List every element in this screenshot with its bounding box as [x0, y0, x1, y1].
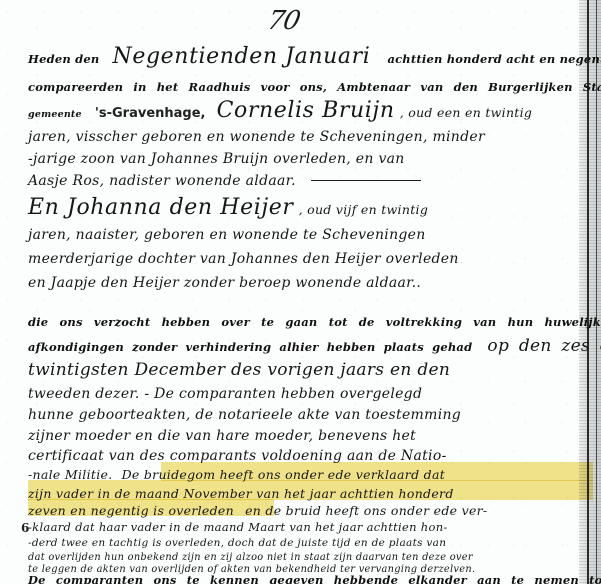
- line-bride-father: meerderjarige dochter van Johannes den H…: [28, 250, 459, 266]
- highlighted-text: zeven en negentig is overleden: [28, 503, 234, 518]
- handwritten-text: hunne geboorteakten, de notarieele akte …: [28, 407, 461, 423]
- line-militie: -nale Militie. De bruidegom heeft ons on…: [28, 466, 445, 482]
- handwritten-text: -jarige zoon van Johannes Bruijn overled…: [28, 151, 405, 167]
- line-verzocht: die ons verzocht hebben over te gaan tot…: [28, 313, 601, 329]
- line-gemeente: gemeente 's-Gravenhage, Cornelis Bruijn …: [28, 100, 532, 122]
- highlighted-text: De bruidegom heeft ons onder ede verklaa…: [122, 467, 445, 482]
- handwritten-text: en Jaapje den Heijer zonder beroep wonen…: [28, 275, 421, 291]
- handwritten-text: meerderjarige dochter van Johannes den H…: [28, 251, 459, 267]
- highlighted-text: zijn vader in de maand November van het …: [28, 486, 454, 501]
- printed-text: gemeente: [28, 109, 82, 120]
- handwritten-text: zijner moeder en die van hare moeder, be…: [28, 428, 416, 444]
- printed-text: De comparanten ons te kennen gegeven heb…: [28, 573, 601, 584]
- handwritten-text: jaren, naaister, geboren en wonende te S…: [28, 227, 426, 243]
- printed-text: compareerden in het Raadhuis voor ons, A…: [28, 80, 601, 94]
- printed-text: Heden den: [28, 52, 99, 66]
- line-bride-mother: en Jaapje den Heijer zonder beroep wonen…: [28, 274, 421, 290]
- handwritten-date: Negentienden Januari: [113, 44, 371, 69]
- printed-text: achttien honderd acht en negentig,: [387, 52, 601, 66]
- handwritten-text: , oud vijf en twintig: [299, 202, 429, 217]
- handwritten-text: tweeden dezer. - De comparanten hebben o…: [28, 386, 422, 402]
- handwritten-text: twintigsten December des vorigen jaars e…: [28, 360, 450, 380]
- handwritten-text: en de bruid heeft ons onder ede ver-: [245, 503, 487, 518]
- line-zeven-negentig: zeven en negentig is overleden en de bru…: [28, 502, 487, 518]
- handwritten-text: -klaard dat haar vader in de maand Maart…: [28, 520, 448, 534]
- line-geboorteakten: hunne geboorteakten, de notarieele akte …: [28, 406, 461, 422]
- line-certificaat: certificaat van des comparants voldoenin…: [28, 447, 447, 463]
- line-maart: -klaard dat haar vader in de maand Maart…: [28, 518, 448, 534]
- groom-name: Cornelis Bruijn: [217, 98, 395, 123]
- line-vader-november: zijn vader in de maand November van het …: [28, 485, 454, 501]
- municipality-name: 's-Gravenhage,: [95, 106, 206, 121]
- line-moeder: zijner moeder en die van hare moeder, be…: [28, 427, 416, 443]
- fill-line: [311, 180, 421, 181]
- line-compareerden: compareerden in het Raadhuis voor ons, A…: [28, 78, 601, 94]
- handwritten-text: , oud een en twintig: [400, 105, 533, 120]
- handwritten-text: jaren, visscher geboren en wonende te Sc…: [28, 129, 485, 145]
- line-bride-name: En Johanna den Heijer , oud vijf en twin…: [28, 197, 428, 219]
- line-date: Heden den Negentienden Januari achttien …: [28, 46, 601, 68]
- line-groom-father: -jarige zoon van Johannes Bruijn overled…: [28, 150, 405, 166]
- line-tweeden: tweeden dezer. - De comparanten hebben o…: [28, 385, 422, 401]
- handwritten-text: Aasje Ros, nadister wonende aldaar.: [28, 173, 296, 189]
- page-number: 70: [265, 6, 302, 36]
- handwritten-text: certificaat van des comparants voldoenin…: [28, 448, 447, 464]
- handwritten-text: op den zes en: [487, 336, 601, 356]
- line-afkondigingen: afkondigingen zonder verhindering alhier…: [28, 338, 601, 355]
- handwritten-text: -nale Militie.: [28, 467, 112, 482]
- printed-text: die ons verzocht hebben over te gaan tot…: [28, 315, 601, 329]
- document-page: 70 Heden den Negentienden Januari achtti…: [0, 0, 601, 584]
- line-groom-occupation: jaren, visscher geboren en wonende te Sc…: [28, 128, 485, 144]
- bride-name: En Johanna den Heijer: [28, 195, 293, 220]
- line-groom-mother: Aasje Ros, nadister wonende aldaar.: [28, 172, 421, 188]
- printed-text: afkondigingen zonder verhindering alhier…: [28, 340, 472, 354]
- line-december: twintigsten December des vorigen jaars e…: [28, 362, 450, 379]
- line-bride-occupation: jaren, naaister, geboren en wonende te S…: [28, 226, 426, 242]
- line-echtgenooten: De comparanten ons te kennen gegeven heb…: [28, 571, 601, 584]
